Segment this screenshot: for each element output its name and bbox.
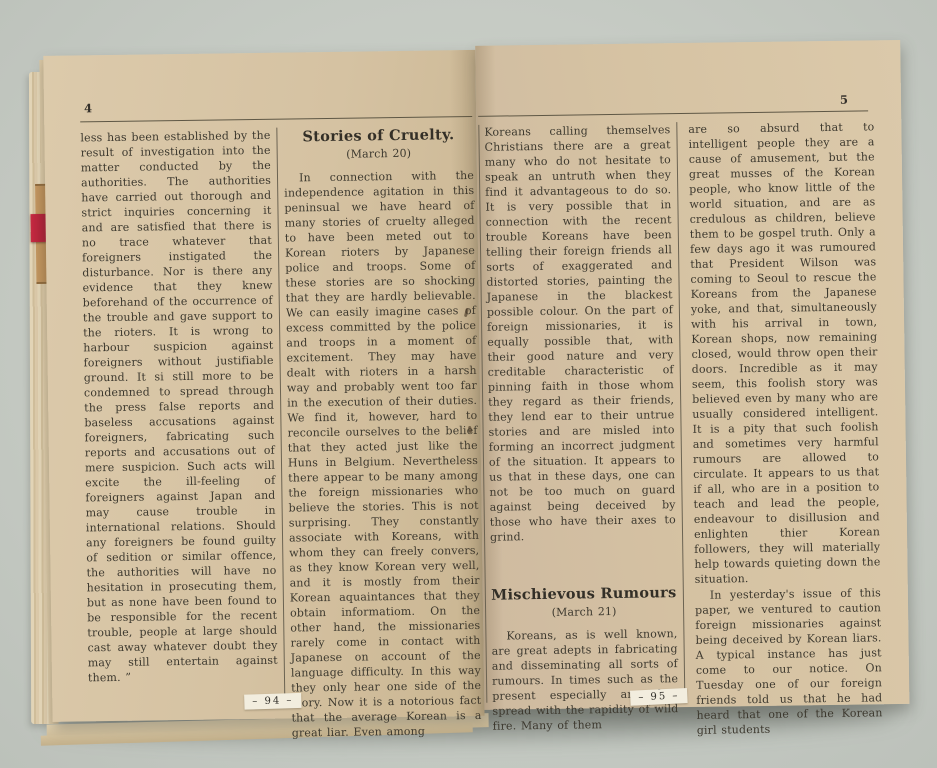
body-paragraph: In yesterday's issue of this paper, we v… <box>695 585 883 738</box>
left-page: 4 less has been established by the resul… <box>43 50 484 722</box>
right-page-column-2: are so absurd that to intelligent people… <box>683 119 882 700</box>
left-page-columns: less has been established by the result … <box>80 125 481 708</box>
article-date: (March 20) <box>284 145 474 163</box>
right-page: 5 Koreans calling themselves Christians … <box>475 40 909 710</box>
body-paragraph: less has been established by the result … <box>80 128 278 686</box>
page-number-left: 4 <box>84 101 93 115</box>
article-date: (March 21) <box>491 603 677 621</box>
header-rule-left <box>80 116 472 122</box>
red-ribbon-bookmark <box>31 214 47 242</box>
folio-label-right: – 95 – <box>630 688 688 706</box>
header-rule-right <box>478 110 868 116</box>
left-page-column-1: less has been established by the result … <box>80 128 278 709</box>
article-heading: Mischievous Rumours <box>491 584 677 604</box>
right-page-columns: Koreans calling themselves Christians th… <box>478 119 882 702</box>
open-book-scan: 4 less has been established by the resul… <box>25 34 915 746</box>
right-page-column-1: Koreans calling themselves Christians th… <box>479 122 678 703</box>
body-paragraph: are so absurd that to intelligent people… <box>688 119 880 587</box>
article-heading: Stories of Cruelty. <box>283 126 473 146</box>
body-paragraph: Koreans, as is well known, are great ade… <box>491 626 678 734</box>
body-paragraph: In connection with the independence agit… <box>284 168 482 741</box>
left-page-column-2: Stories of Cruelty. (March 20) In connec… <box>283 125 481 706</box>
page-number-right: 5 <box>840 93 849 107</box>
folio-label-left: – 94 – <box>244 693 302 710</box>
body-paragraph: Koreans calling themselves Christians th… <box>484 122 676 545</box>
